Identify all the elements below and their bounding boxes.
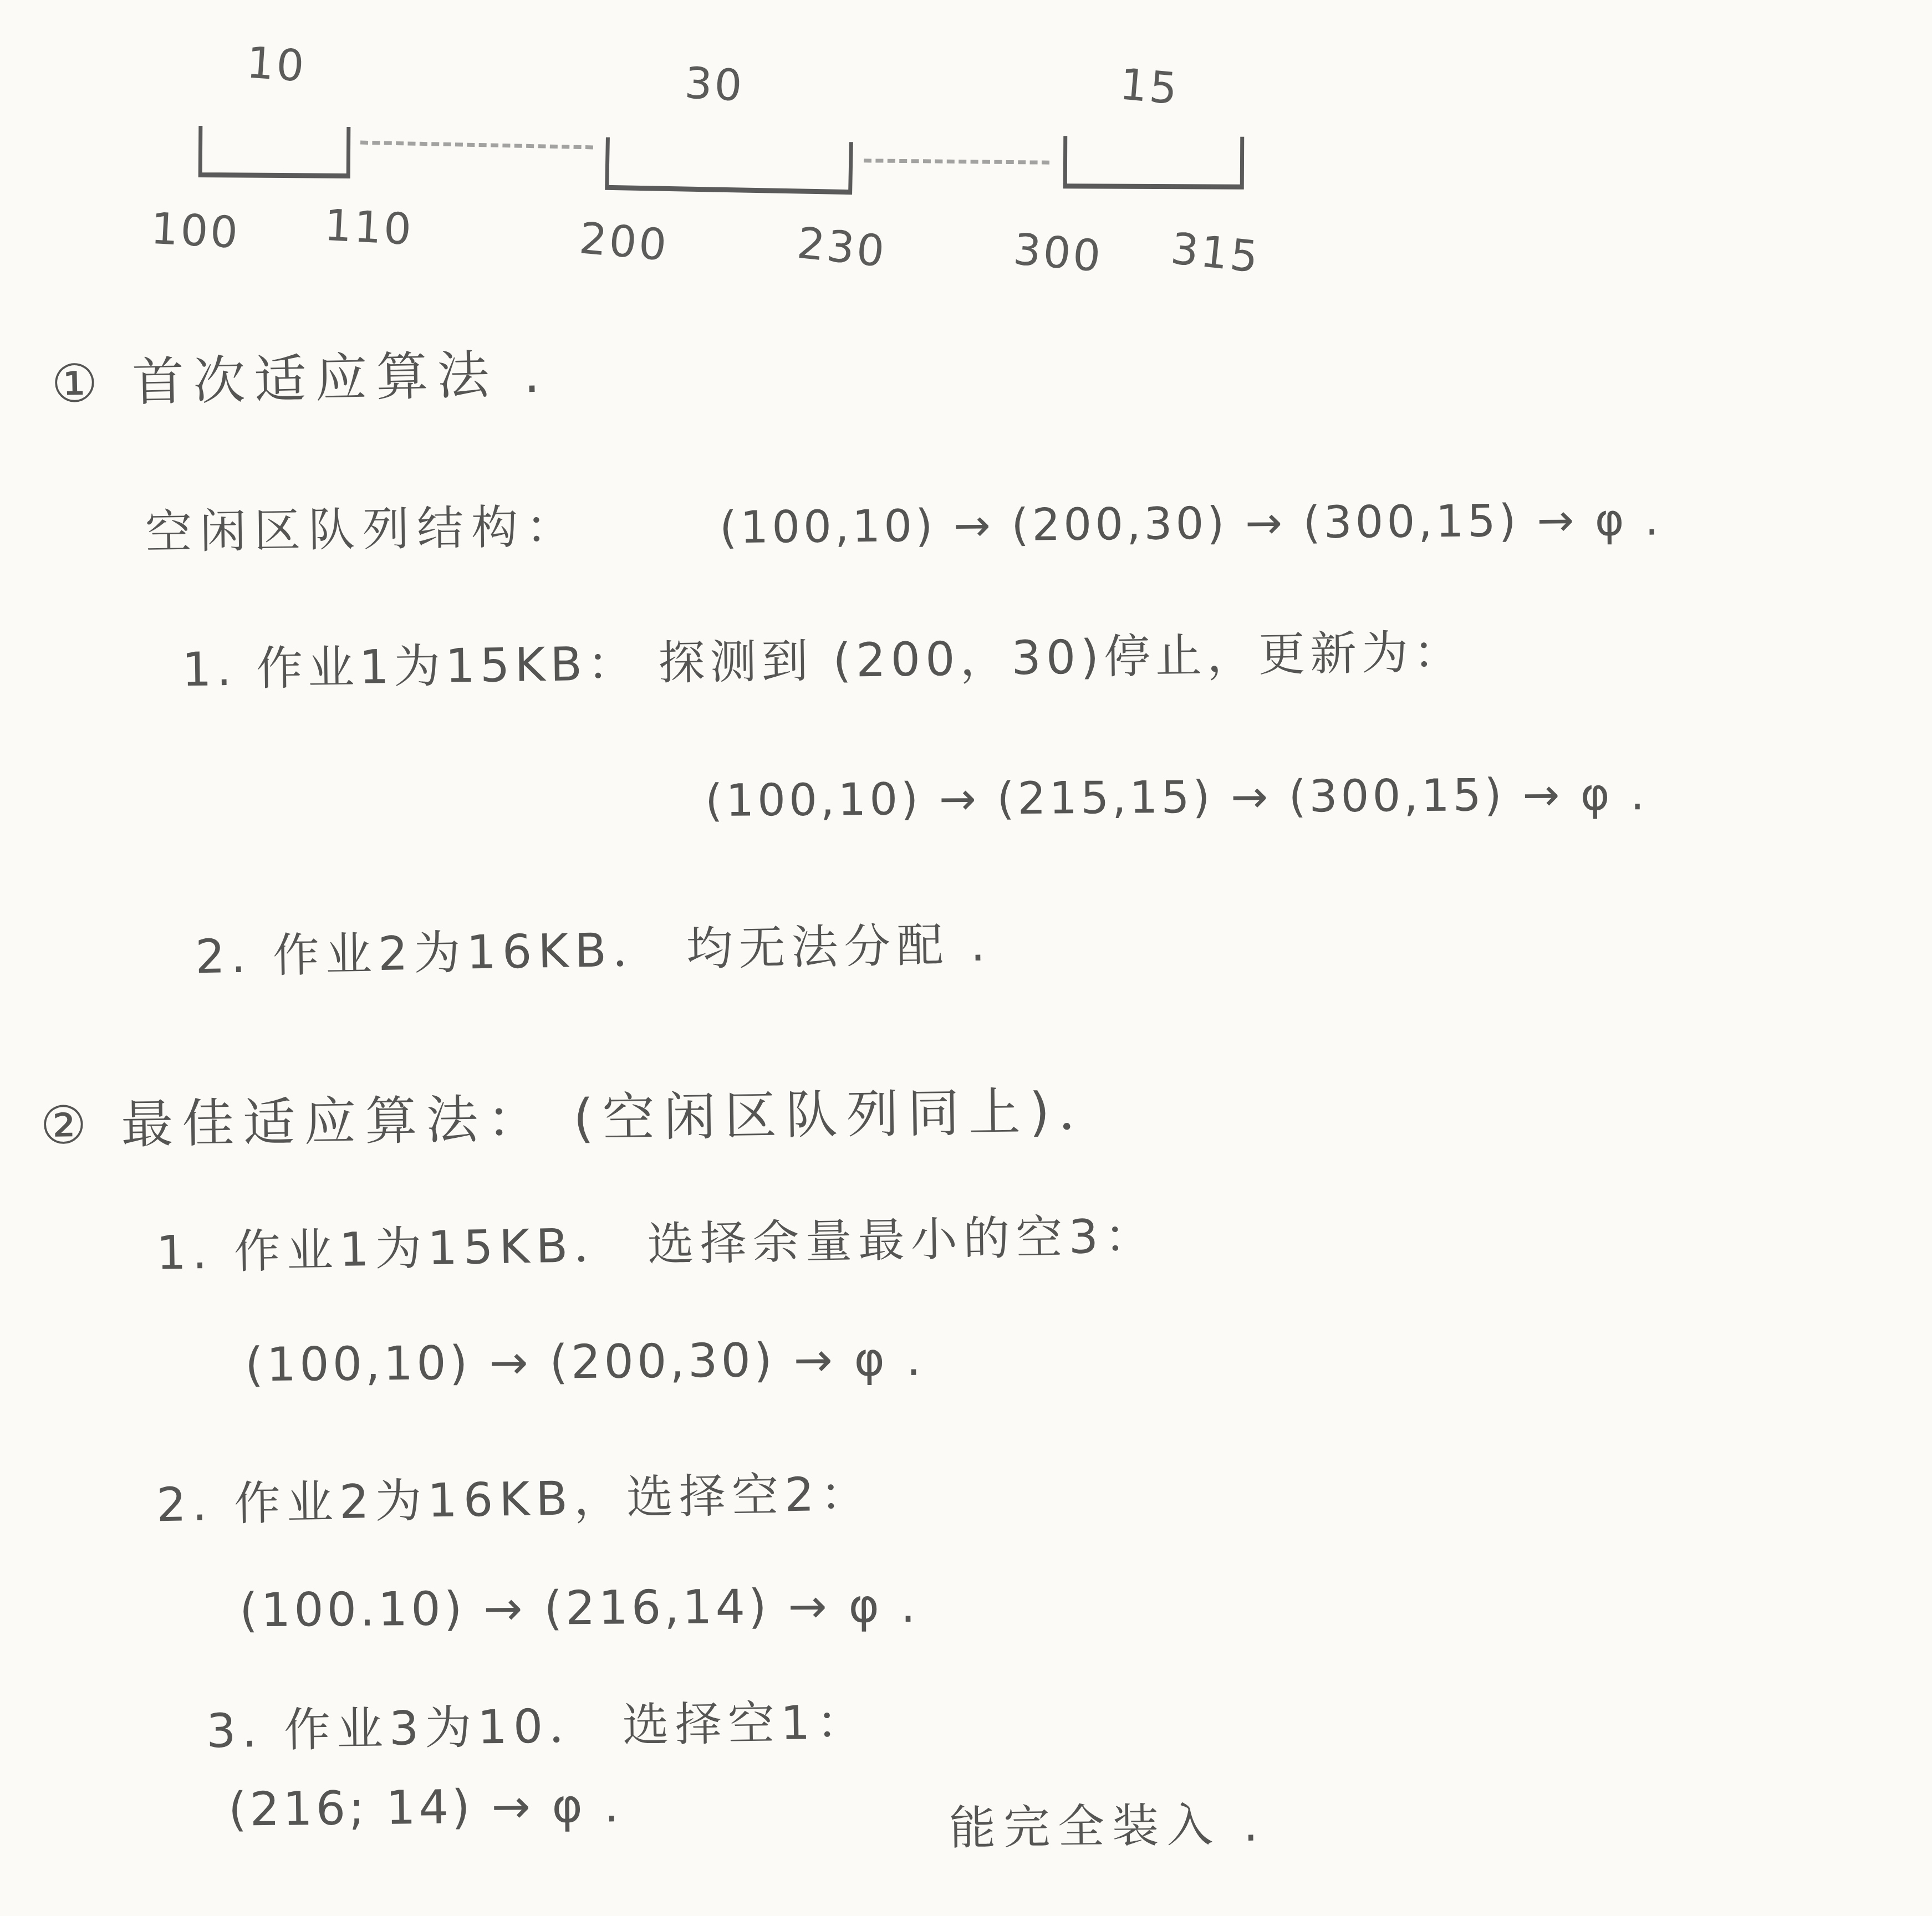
memory-diagram: 10 30 15 100 110 200 230 300 315 (0, 0, 1932, 310)
best-fit-step1: 1. 作业1为15KB． 选择余量最小的空3： (156, 1198, 1158, 1283)
best-fit-step3-note: 能完全装入 . (949, 1787, 1266, 1858)
gap-dashes-1 (360, 141, 593, 150)
free-block-1-size-label: 10 (245, 38, 308, 91)
best-fit-step1-result: (100,10) → (200,30) → φ . (245, 1332, 925, 1392)
free-block-3-bracket (1063, 136, 1244, 190)
free-block-2-bracket (605, 137, 853, 195)
first-fit-queue-label: 空闲区队列结构： (145, 489, 580, 563)
gap-dashes-2 (864, 159, 1049, 165)
free-block-1-bracket (198, 126, 351, 178)
addr-label-100: 100 (150, 204, 241, 258)
best-fit-step3: 3. 作业3为10． 选择空1： (206, 1685, 869, 1761)
addr-label-300: 300 (1011, 224, 1104, 282)
first-fit-heading: ① 首次适应算法 . (50, 332, 550, 417)
addr-label-110: 110 (323, 201, 415, 255)
first-fit-step1-result: (100,10) → (215,15) → (300,15) → φ . (705, 768, 1648, 826)
best-fit-heading: ② 最佳适应算法： (空闲区队列同上)． (39, 1069, 1120, 1158)
addr-label-315: 315 (1169, 224, 1262, 283)
free-block-2-size-label: 30 (684, 58, 746, 111)
best-fit-step2: 2. 作业2为16KB，选择空2： (156, 1457, 873, 1535)
best-fit-step3-result: (216; 14) → φ . (228, 1778, 623, 1836)
addr-label-200: 200 (577, 213, 670, 271)
first-fit-queue-value: (100,10) → (200,30) → (300,15) → φ . (720, 494, 1663, 554)
first-fit-step1: 1. 作业1为15KB： 探测到 (200，30)停止，更新为： (181, 615, 1465, 699)
first-fit-step2: 2. 作业2为16KB． 均无法分配 . (195, 907, 992, 987)
free-block-3-size-label: 15 (1118, 59, 1181, 114)
best-fit-step2-result: (100.10) → (216,14) → φ . (239, 1578, 919, 1638)
addr-label-230: 230 (795, 218, 889, 277)
